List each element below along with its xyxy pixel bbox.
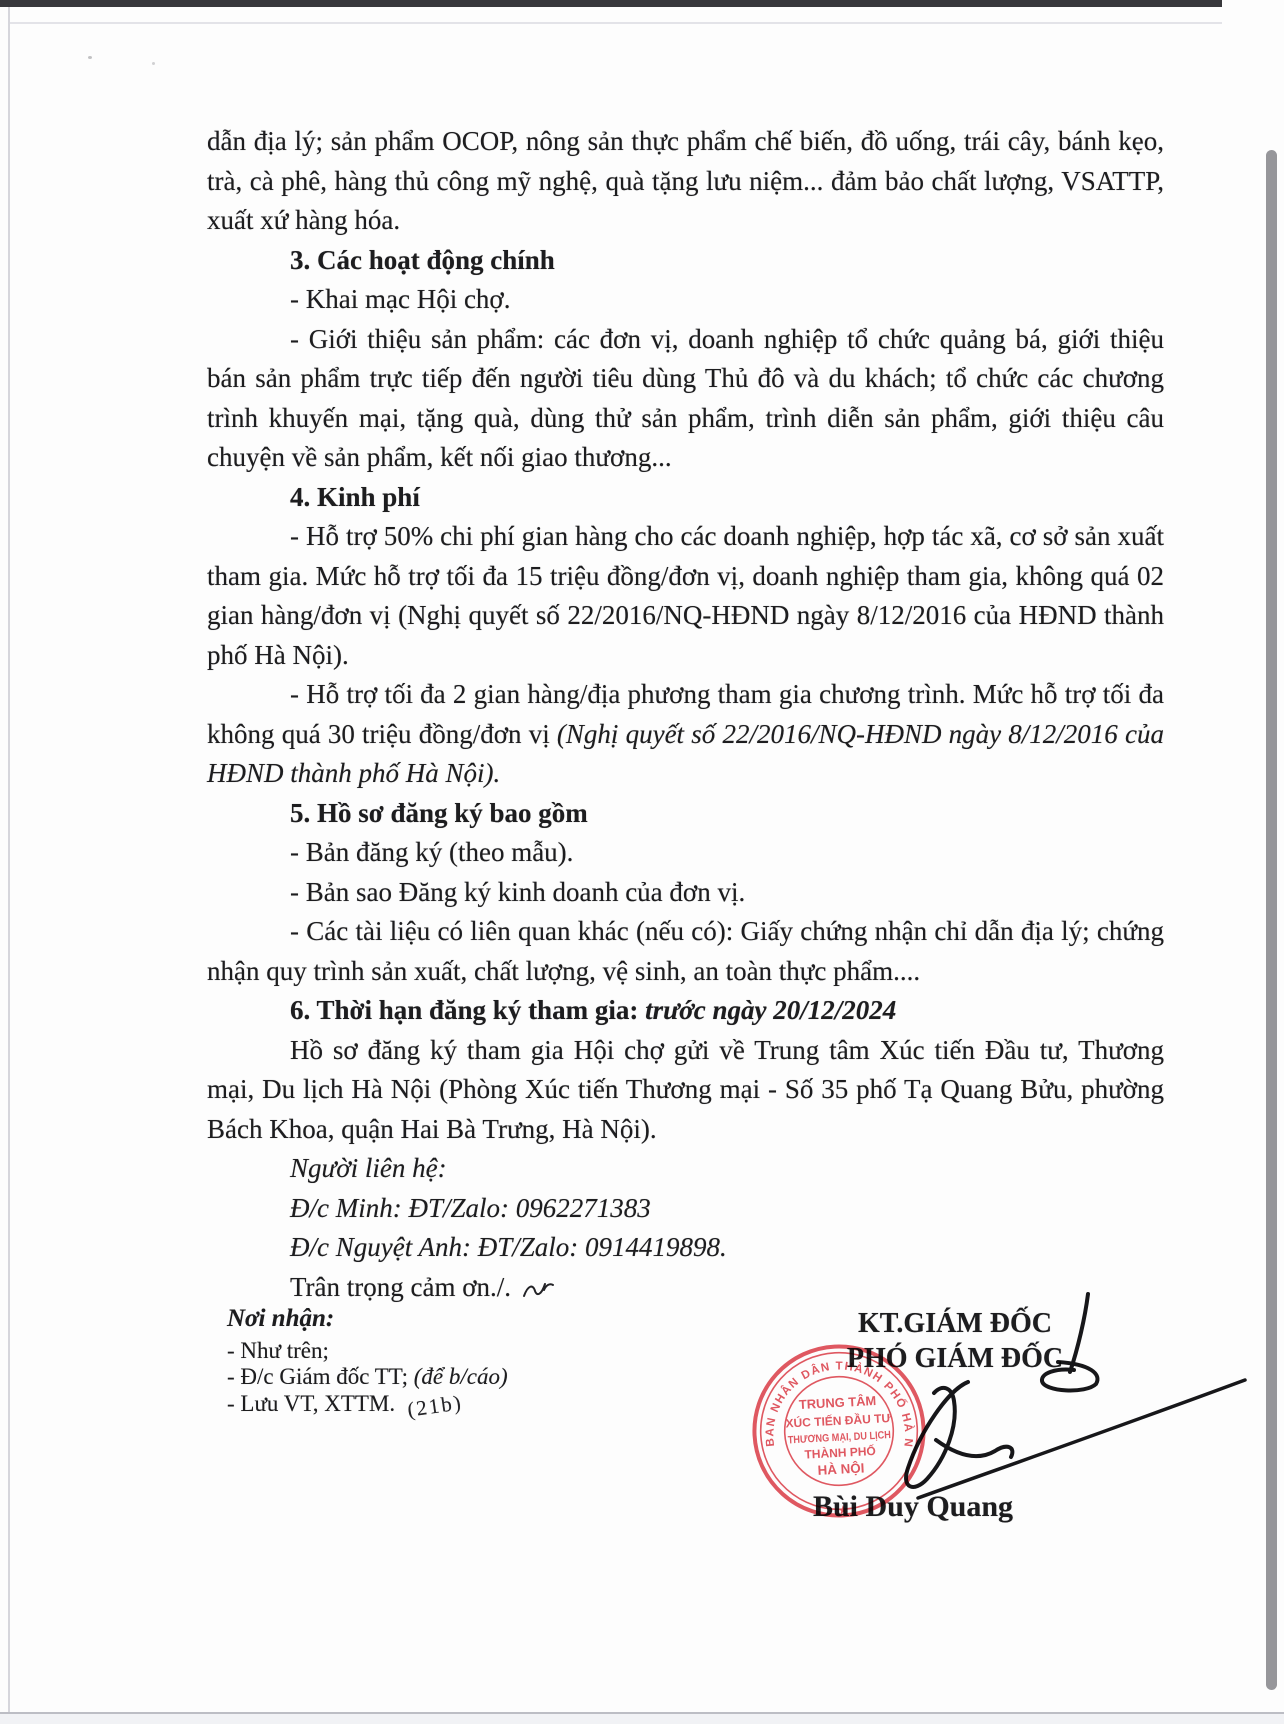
handwritten-page-note: (21b) [406,1389,465,1423]
recipient-item-note: (để b/cáo) [414,1364,508,1389]
section-5-bullet-1: - Bản đăng ký (theo mẫu). [207,833,1164,873]
section-3-bullet-2: - Giới thiệu sản phẩm: các đơn vị, doanh… [207,320,1164,478]
signature-sweep-stroke [918,1380,1245,1498]
recipients-label: Nơi nhận: [227,1306,657,1333]
recipient-item: - Lưu VT, XTTM.(21b) [227,1391,657,1418]
scan-speck [88,56,92,59]
section-6-deadline: trước ngày 20/12/2024 [645,995,896,1025]
recipient-item-text: - Đ/c Giám đốc TT; [227,1364,414,1389]
section-5-bullet-3: - Các tài liệu có liên quan khác (nếu có… [207,912,1164,991]
scanned-document-page: dẫn địa lý; sản phẩm OCOP, nông sản thực… [0,0,1284,1724]
section-4-bullet-2: - Hỗ trợ tối đa 2 gian hàng/địa phương t… [207,675,1164,794]
section-5-heading: 5. Hồ sơ đăng ký bao gồm [207,794,1164,834]
signature-paraph-loop [1042,1362,1098,1390]
scan-speck [152,62,155,65]
paragraph-intro-continuation: dẫn địa lý; sản phẩm OCOP, nông sản thực… [207,122,1164,241]
section-6-heading-text: 6. Thời hạn đăng ký tham gia: [290,995,645,1025]
recipient-item-text: - Lưu VT, XTTM. [227,1391,395,1416]
viewer-bottom-strip [0,1714,1284,1724]
section-6-heading: 6. Thời hạn đăng ký tham gia: trước ngày… [207,991,1164,1031]
document-body: dẫn địa lý; sản phẩm OCOP, nông sản thực… [207,122,1164,1307]
section-5-bullet-2: - Bản sao Đăng ký kinh doanh của đơn vị. [207,873,1164,913]
scan-left-edge [8,7,10,1714]
signature [830,1280,1270,1520]
contact-label: Người liên hệ: [207,1149,1164,1189]
section-3-bullet-1: - Khai mạc Hội chợ. [207,280,1164,320]
section-4-bullet-1: - Hỗ trợ 50% chi phí gian hàng cho các d… [207,517,1164,675]
scan-top-edge [0,0,1222,7]
closing-text: Trân trọng cảm ơn./. [290,1272,511,1302]
contact-line-minh: Đ/c Minh: ĐT/Zalo: 0962271383 [207,1189,1164,1229]
recipients-block: Nơi nhận: - Như trên; - Đ/c Giám đốc TT;… [227,1306,657,1417]
contact-line-nguyet-anh: Đ/c Nguyệt Anh: ĐT/Zalo: 0914419898. [207,1228,1164,1268]
section-4-heading: 4. Kinh phí [207,478,1164,518]
scan-top-crease [8,22,1222,24]
recipient-item: - Đ/c Giám đốc TT; (để b/cáo) [227,1364,657,1391]
signature-slash-stroke [1070,1294,1088,1372]
handwritten-initial-mark [521,1276,555,1302]
signature-main-loop [906,1382,968,1487]
section-3-heading: 3. Các hoạt động chính [207,241,1164,281]
recipient-item: - Như trên; [227,1338,657,1365]
section-6-paragraph: Hồ sơ đăng ký tham gia Hội chợ gửi về Tr… [207,1031,1164,1150]
